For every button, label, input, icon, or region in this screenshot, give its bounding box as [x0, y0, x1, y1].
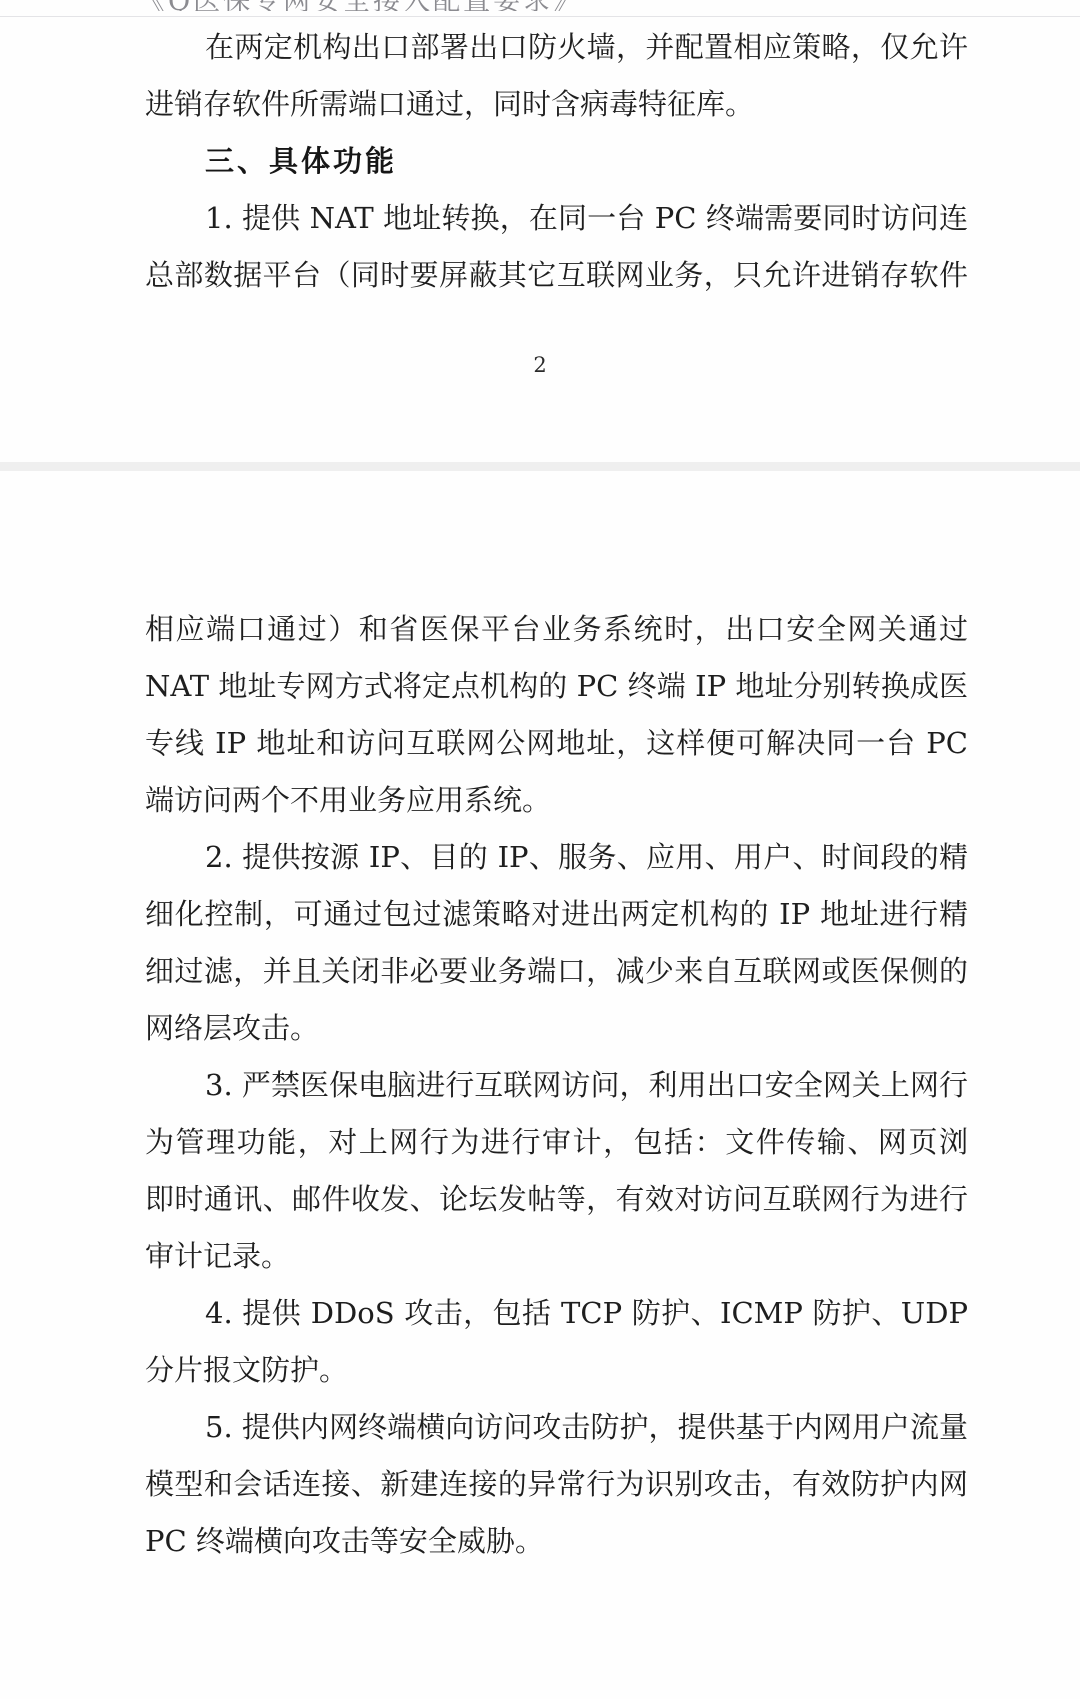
text-line: 在两定机构出口部署出口防火墙，并配置相应策略，仅允许 [145, 19, 968, 76]
section-heading: 三、具体功能 [145, 133, 968, 190]
text-line: PC 终端横向攻击等安全威胁。 [145, 1513, 968, 1570]
text-line: 1. 提供 NAT 地址转换，在同一台 PC 终端需要同时访问连锁 [145, 190, 968, 247]
text-line: 进销存软件所需端口通过，同时含病毒特征库。 [145, 76, 968, 133]
text-line: 4. 提供 DDoS 攻击，包括 TCP 防护、ICMP 防护、UDP 防护和 [145, 1285, 968, 1342]
top-divider-line [0, 16, 1080, 17]
text-line: 相应端口通过）和省医保平台业务系统时，出口安全网关通过 [145, 601, 968, 658]
page-number: 2 [0, 350, 1080, 380]
text-line: NAT 地址专网方式将定点机构的 PC 终端 IP 地址分别转换成医保 [145, 658, 968, 715]
page-2-text-column: 相应端口通过）和省医保平台业务系统时，出口安全网关通过 NAT 地址专网方式将定… [145, 601, 968, 1570]
page-1-text-column: 在两定机构出口部署出口防火墙，并配置相应策略，仅允许 进销存软件所需端口通过，同… [145, 19, 968, 304]
text-line: 总部数据平台（同时要屏蔽其它互联网业务，只允许进销存软件 [145, 247, 968, 304]
text-line: 分片报文防护。 [145, 1342, 968, 1399]
text-line: 网络层攻击。 [145, 1000, 968, 1057]
text-line: 为管理功能，对上网行为进行审计，包括：文件传输、网页浏览、 [145, 1114, 968, 1171]
clipped-line-remnant: 《Q医保专网安全接入配置要求》 [0, 0, 1080, 11]
text-line: 5. 提供内网终端横向访问攻击防护，提供基于内网用户流量 [145, 1399, 968, 1456]
clipped-line-text: 《Q医保专网安全接入配置要求》 [0, 0, 1080, 11]
text-line: 端访问两个不用业务应用系统。 [145, 772, 968, 829]
text-line: 专线 IP 地址和访问互联网公网地址，这样便可解决同一台 PC 终 [145, 715, 968, 772]
text-line: 即时通讯、邮件收发、论坛发帖等，有效对访问互联网行为进行 [145, 1171, 968, 1228]
text-line: 细化控制，可通过包过滤策略对进出两定机构的 IP 地址进行精 [145, 886, 968, 943]
text-line: 模型和会话连接、新建连接的异常行为识别攻击，有效防护内网 [145, 1456, 968, 1513]
text-line: 2. 提供按源 IP、目的 IP、服务、应用、用户、时间段的精 [145, 829, 968, 886]
page-separator-band [0, 462, 1080, 471]
text-line: 细过滤，并且关闭非必要业务端口，减少来自互联网或医保侧的 [145, 943, 968, 1000]
scanned-document-view: 《Q医保专网安全接入配置要求》 在两定机构出口部署出口防火墙，并配置相应策略，仅… [0, 0, 1080, 1699]
text-line: 审计记录。 [145, 1228, 968, 1285]
text-line: 3. 严禁医保电脑进行互联网访问，利用出口安全网关上网行 [145, 1057, 968, 1114]
